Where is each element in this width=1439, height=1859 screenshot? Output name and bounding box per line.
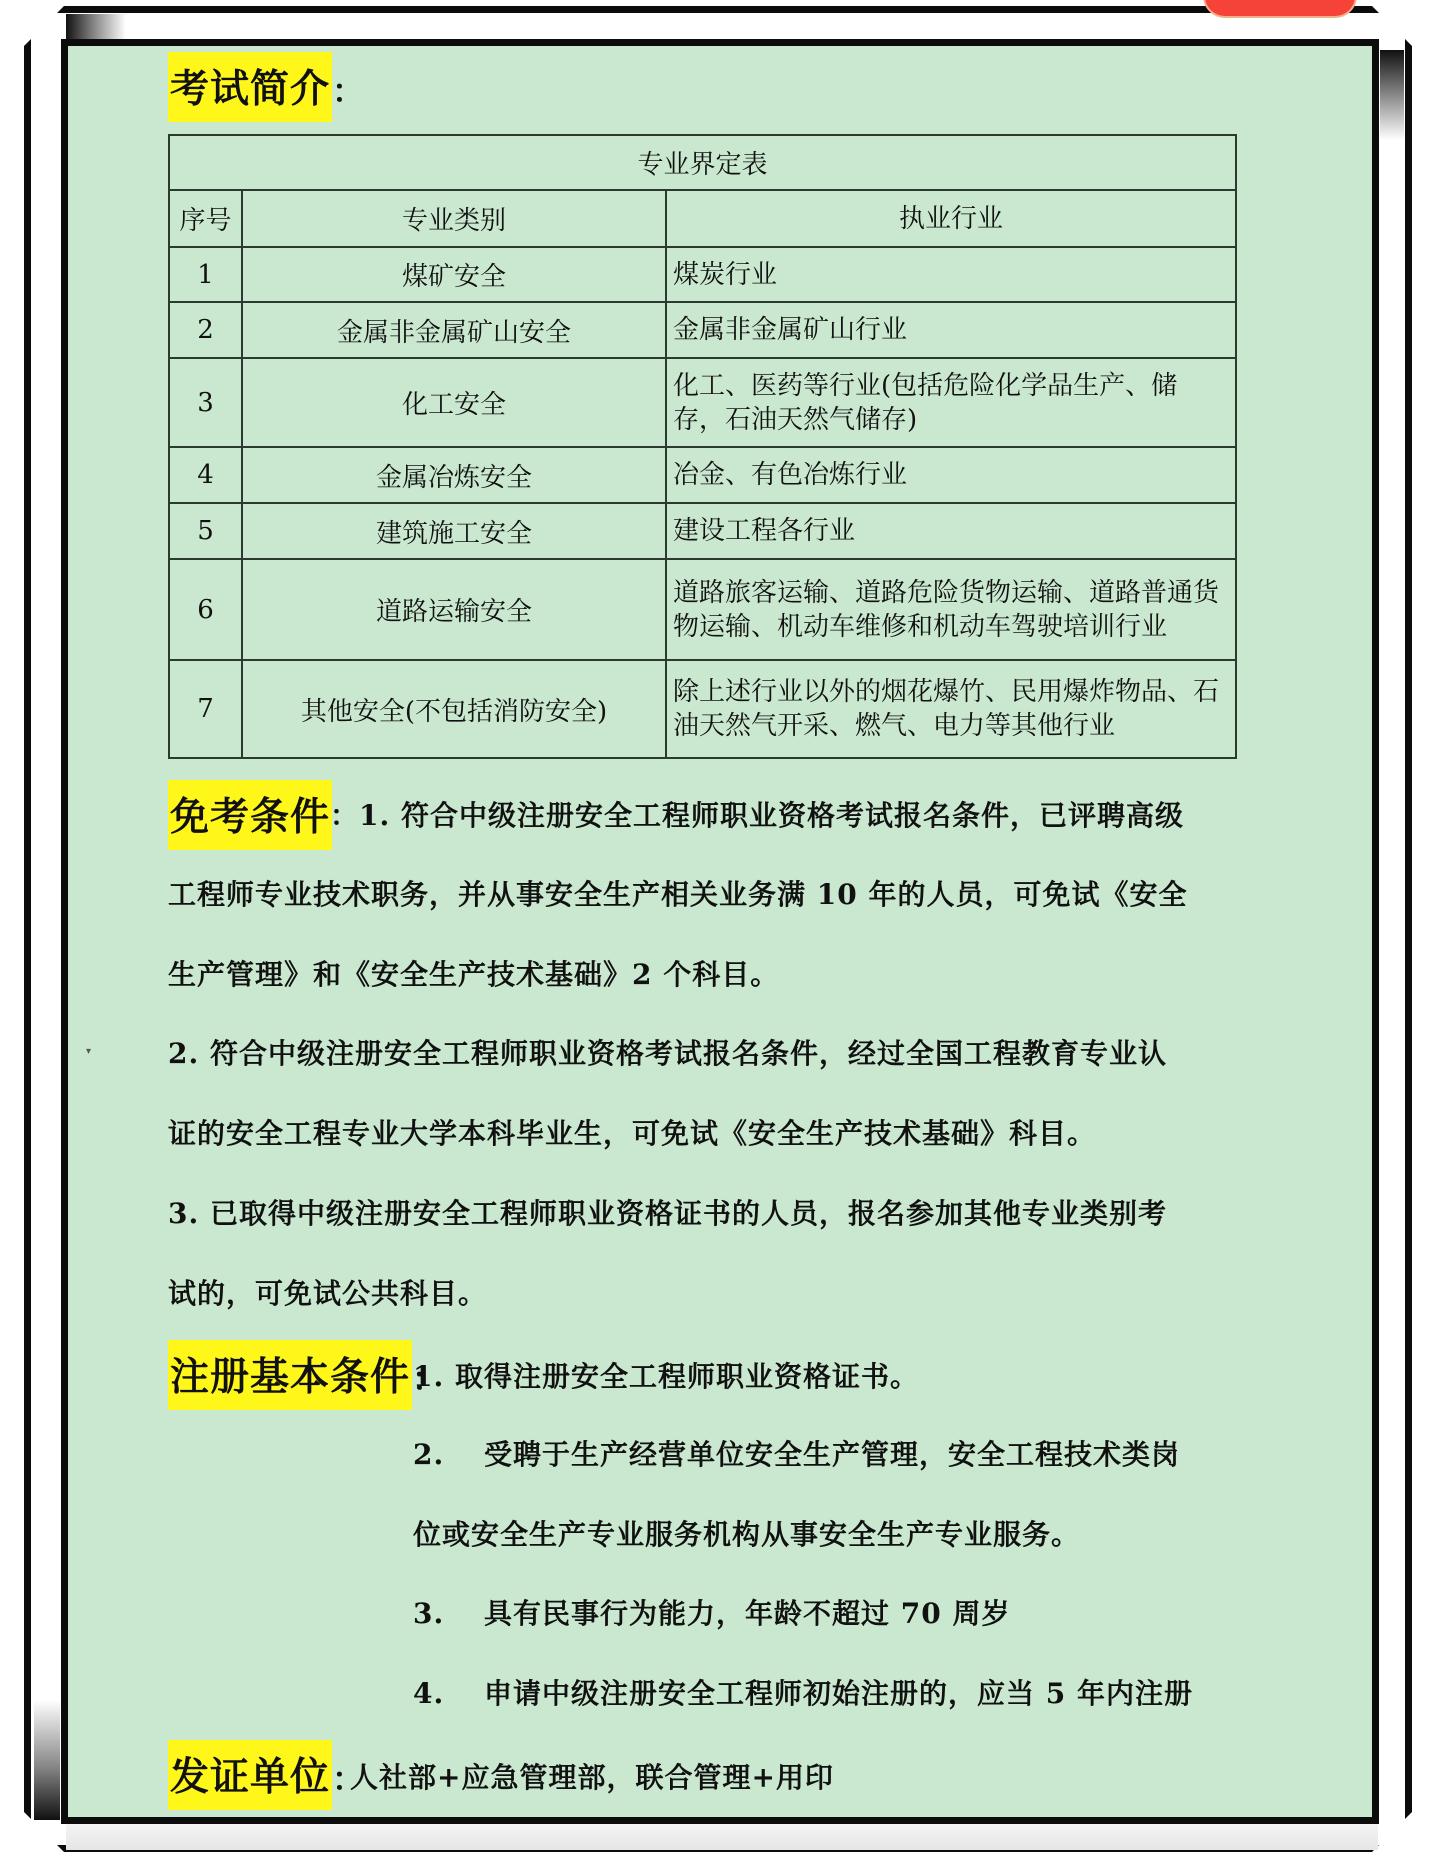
frame-bottom xyxy=(66,1824,1378,1850)
issuer-text: 人社部+应急管理部，联合管理+用印 xyxy=(350,1756,834,1796)
header-category: 专业类别 xyxy=(242,190,666,247)
cell-no: 5 xyxy=(169,503,242,559)
table-caption-row: 专业界定表 xyxy=(169,135,1236,190)
cell-no: 4 xyxy=(169,447,242,503)
issuer-title: 发证单位 xyxy=(168,1740,332,1810)
frame-shading xyxy=(34,1700,60,1820)
cell-category: 金属冶炼安全 xyxy=(242,447,666,503)
cell-no: 1 xyxy=(169,247,242,302)
cell-no: 2 xyxy=(169,302,242,358)
intro-heading: 考试简介： xyxy=(168,52,365,122)
cell-industry: 煤炭行业 xyxy=(666,247,1236,302)
exemption-line: ：1. 符合中级注册安全工程师职业资格考试报名条件，已评聘高级 xyxy=(330,794,1184,834)
cell-category: 建筑施工安全 xyxy=(242,503,666,559)
table-row: 6 道路运输安全 道路旅客运输、道路危险货物运输、道路普通货物运输、机动车维修和… xyxy=(169,559,1236,660)
registration-line: 4. 申请中级注册安全工程师初始注册的，应当 5 年内注册 xyxy=(413,1672,1193,1712)
issuer-heading: 发证单位： xyxy=(168,1740,365,1810)
cell-no: 7 xyxy=(169,660,242,758)
cell-industry: 除上述行业以外的烟花爆竹、民用爆炸物品、石油天然气开采、燃气、电力等其他行业 xyxy=(666,660,1236,758)
registration-title: 注册基本条件 xyxy=(168,1340,412,1410)
registration-line: 1. 取得注册安全工程师职业资格证书。 xyxy=(413,1355,919,1395)
intro-title: 考试简介 xyxy=(168,52,332,122)
header-no: 序号 xyxy=(169,190,242,247)
exemption-heading: 免考条件 xyxy=(168,780,332,850)
exemption-line: 工程师专业技术职务，并从事安全生产相关业务满 10 年的人员，可免试《安全 xyxy=(168,873,1187,913)
table-row: 4 金属冶炼安全 冶金、有色冶炼行业 xyxy=(169,447,1236,503)
table-row: 1 煤矿安全 煤炭行业 xyxy=(169,247,1236,302)
table-caption: 专业界定表 xyxy=(169,135,1236,190)
cell-no: 3 xyxy=(169,358,242,447)
registration-heading: 注册基本条件： xyxy=(168,1340,445,1410)
cell-category: 化工安全 xyxy=(242,358,666,447)
exemption-line: 3. 已取得中级注册安全工程师职业资格证书的人员，报名参加其他专业类别考 xyxy=(168,1192,1167,1232)
cell-industry: 建设工程各行业 xyxy=(666,503,1236,559)
registration-line: 3. 具有民事行为能力，年龄不超过 70 周岁 xyxy=(413,1592,1010,1632)
cell-industry: 道路旅客运输、道路危险货物运输、道路普通货物运输、机动车维修和机动车驾驶培训行业 xyxy=(666,559,1236,660)
intro-colon: ： xyxy=(332,72,365,110)
table-row: 5 建筑施工安全 建设工程各行业 xyxy=(169,503,1236,559)
cell-category: 煤矿安全 xyxy=(242,247,666,302)
exemption-line: 生产管理》和《安全生产技术基础》2 个科目。 xyxy=(168,953,779,993)
specialty-table: 专业界定表 序号 专业类别 执业行业 1 煤矿安全 煤炭行业 2 金属非金属矿山… xyxy=(168,134,1237,759)
exemption-line: 证的安全工程专业大学本科毕业生，可免试《安全生产技术基础》科目。 xyxy=(168,1112,1096,1152)
table-row: 3 化工安全 化工、医药等行业(包括危险化学品生产、储存，石油天然气储存) xyxy=(169,358,1236,447)
header-industry: 执业行业 xyxy=(666,190,1236,247)
exemption-line: 2. 符合中级注册安全工程师职业资格考试报名条件，经过全国工程教育专业认 xyxy=(168,1032,1167,1072)
cell-category: 金属非金属矿山安全 xyxy=(242,302,666,358)
table-header-row: 序号 专业类别 执业行业 xyxy=(169,190,1236,247)
registration-line: 位或安全生产专业服务机构从事安全生产专业服务。 xyxy=(413,1513,1080,1553)
cell-category: 其他安全(不包括消防安全) xyxy=(242,660,666,758)
exemption-colon: ： xyxy=(330,799,359,832)
table-row: 2 金属非金属矿山安全 金属非金属矿山行业 xyxy=(169,302,1236,358)
cell-industry: 金属非金属矿山行业 xyxy=(666,302,1236,358)
cell-category: 道路运输安全 xyxy=(242,559,666,660)
cell-industry: 冶金、有色冶炼行业 xyxy=(666,447,1236,503)
exemption-title: 免考条件 xyxy=(168,780,332,850)
red-tab-decoration xyxy=(1203,0,1357,18)
caret-marker-icon: ▾ xyxy=(86,1046,91,1057)
frame-shading xyxy=(1380,50,1404,140)
registration-line: 2. 受聘于生产经营单位安全生产管理，安全工程技术类岗 xyxy=(413,1433,1180,1473)
cell-industry: 化工、医药等行业(包括危险化学品生产、储存，石油天然气储存) xyxy=(666,358,1236,447)
cell-no: 6 xyxy=(169,559,242,660)
exemption-line: 试的，可免试公共科目。 xyxy=(168,1272,487,1312)
table-row: 7 其他安全(不包括消防安全) 除上述行业以外的烟花爆竹、民用爆炸物品、石油天然… xyxy=(169,660,1236,758)
exemption-text: 1. 符合中级注册安全工程师职业资格考试报名条件，已评聘高级 xyxy=(359,799,1184,832)
